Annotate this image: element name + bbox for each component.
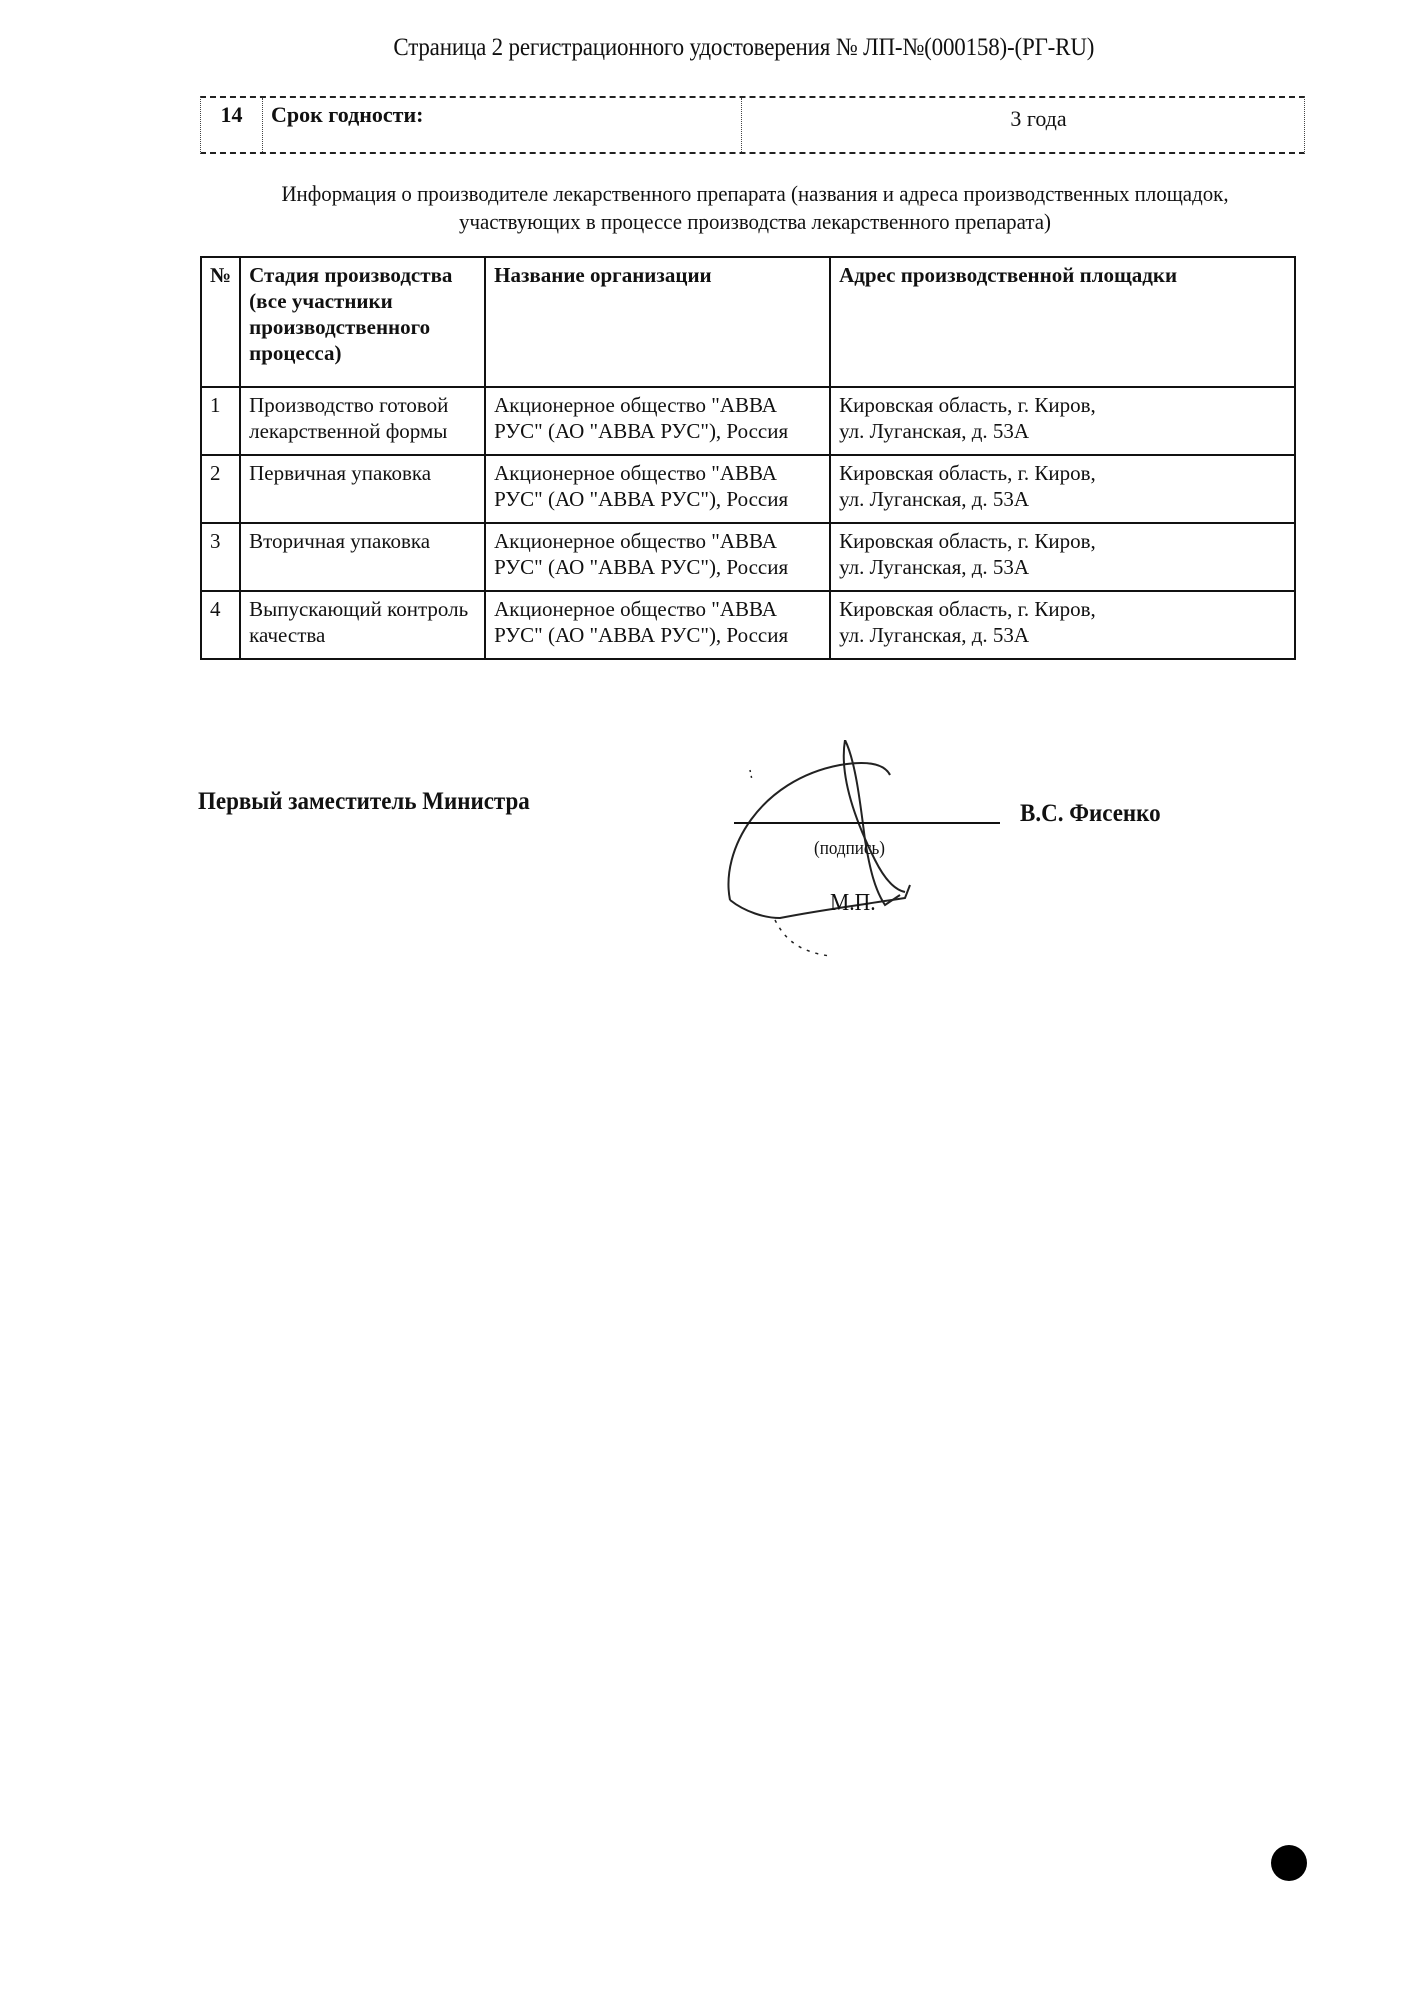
address-line-1: Кировская область, г. Киров, <box>839 596 1286 622</box>
page-header-title: Страница 2 регистрационного удостоверени… <box>393 34 1094 61</box>
address-line-1: Кировская область, г. Киров, <box>839 392 1286 418</box>
column-header-address: Адрес производственной площадки <box>830 257 1295 387</box>
table-row: 4 Выпускающий контроль качества Акционер… <box>201 591 1295 659</box>
shelf-life-label: Срок годности: <box>271 102 424 128</box>
row-number: 3 <box>201 523 240 591</box>
address-line-1: Кировская область, г. Киров, <box>839 528 1286 554</box>
column-header-organization: Название организации <box>485 257 830 387</box>
table-header-row: № Стадия производства (все участники про… <box>201 257 1295 387</box>
row-stage: Первичная упаковка <box>240 455 485 523</box>
address-line-2: ул. Луганская, д. 53А <box>839 554 1286 580</box>
address-line-2: ул. Луганская, д. 53А <box>839 622 1286 648</box>
signature-line <box>734 822 1000 824</box>
intro-line-2: участвующих в процессе производства лека… <box>228 208 1283 236</box>
shelf-life-item-number: 14 <box>201 98 263 152</box>
row-number: 4 <box>201 591 240 659</box>
row-stage: Вторичная упаковка <box>240 523 485 591</box>
address-line-2: ул. Луганская, д. 53А <box>839 486 1286 512</box>
page-header: Страница 2 регистрационного удостоверени… <box>57 34 1358 62</box>
row-organization: Акционерное общество "АВВА РУС" (АО "АВВ… <box>485 591 830 659</box>
signature-caption: (подпись) <box>814 838 885 860</box>
signatory-position: Первый заместитель Министра <box>198 788 530 816</box>
stamp-label: М.П. <box>830 890 876 917</box>
row-stage: Производство готовой лекарственной формы <box>240 387 485 455</box>
intro-line-1: Информация о производителе лекарственног… <box>228 180 1283 208</box>
row-stage: Выпускающий контроль качества <box>240 591 485 659</box>
signatory-name: В.С. Фисенко <box>1020 800 1161 828</box>
address-line-2: ул. Луганская, д. 53А <box>839 418 1286 444</box>
table-row: 3 Вторичная упаковка Акционерное обществ… <box>201 523 1295 591</box>
table-row: 2 Первичная упаковка Акционерное обществ… <box>201 455 1295 523</box>
row-address: Кировская область, г. Киров, ул. Луганск… <box>830 455 1295 523</box>
manufacturer-table: № Стадия производства (все участники про… <box>200 256 1296 660</box>
row-organization: Акционерное общество "АВВА РУС" (АО "АВВ… <box>485 387 830 455</box>
row-number: 2 <box>201 455 240 523</box>
row-address: Кировская область, г. Киров, ул. Луганск… <box>830 523 1295 591</box>
column-header-stage: Стадия производства (все участники произ… <box>240 257 485 387</box>
row-address: Кировская область, г. Киров, ул. Луганск… <box>830 387 1295 455</box>
table-row: 1 Производство готовой лекарственной фор… <box>201 387 1295 455</box>
row-address: Кировская область, г. Киров, ул. Луганск… <box>830 591 1295 659</box>
address-line-1: Кировская область, г. Киров, <box>839 460 1286 486</box>
row-number: 1 <box>201 387 240 455</box>
column-header-number: № <box>201 257 240 387</box>
row-organization: Акционерное общество "АВВА РУС" (АО "АВВ… <box>485 523 830 591</box>
page-marker-dot-icon <box>1271 1845 1307 1881</box>
shelf-life-value: 3 года <box>741 106 1306 132</box>
shelf-life-row: 14 Срок годности: 3 года <box>200 96 1305 154</box>
row-organization: Акционерное общество "АВВА РУС" (АО "АВВ… <box>485 455 830 523</box>
manufacturer-info-intro: Информация о производителе лекарственног… <box>228 180 1283 236</box>
